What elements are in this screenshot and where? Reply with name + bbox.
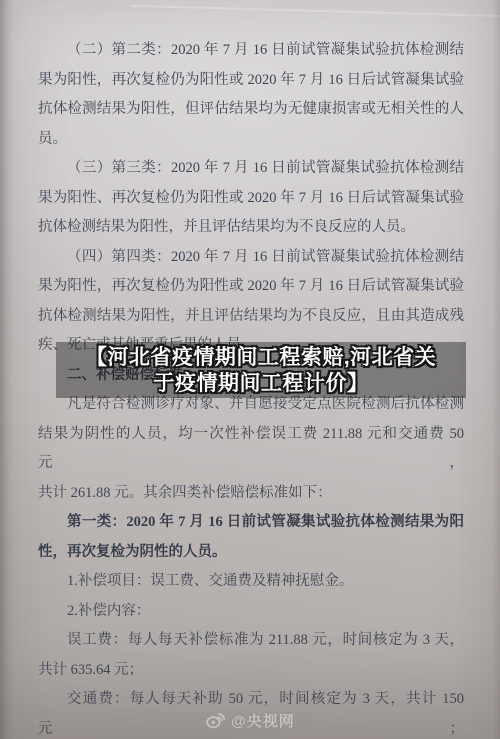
document-line: 2.补偿内容： — [38, 597, 464, 627]
document-line: 共计 261.88 元。其余四类补偿赔偿标准如下： — [38, 479, 464, 509]
document-line: 员。 — [38, 125, 464, 155]
document-line: 性，再次复检为阴性的人员。 — [38, 538, 464, 568]
document-line: （四）第四类：2020 年 7 月 16 日前试管凝集试验抗体检测结 — [38, 243, 464, 273]
document-line: （三）第三类：2020 年 7 月 16 日前试管凝集试验抗体检测结 — [38, 154, 464, 184]
document-line: 1.补偿项目：误工费、交通费及精神抚慰金。 — [38, 567, 464, 597]
document-line: 果为阳性，再次复检仍为阳性或 2020 年 7 月 16 日后试管凝集试验 — [38, 272, 464, 302]
document-line: （二）第二类：2020 年 7 月 16 日前试管凝集试验抗体检测结 — [38, 36, 464, 66]
weibo-icon — [205, 711, 226, 729]
document-line: 抗体检测结果为阳性，并且评估结果均为不良反应的人员。 — [38, 213, 464, 243]
document-line: 抗体检测结果为阳性，并且评估结果均为不良反应，且由其造成残 — [38, 302, 464, 332]
photo-right-edge-shadow — [492, 0, 500, 739]
document-line: 果为阳性，再次复检仍为阳性或 2020 年 7 月 16 日后试管凝集试验 — [38, 66, 464, 96]
caption-line-1: 【河北省疫情期间工程索赔,河北省关 — [86, 345, 436, 371]
document-photo: （二）第二类：2020 年 7 月 16 日前试管凝集试验抗体检测结 果为阳性，… — [0, 0, 500, 739]
caption-line-2: 于疫情期间工程计价】 — [154, 371, 369, 397]
page-fold-line — [130, 5, 500, 17]
document-line: 果为阳性、再次复检仍为阳性或 2020 年 7 月 16 日后试管凝集试验 — [38, 184, 464, 214]
document-line: 共计 635.64 元； — [38, 656, 464, 686]
document-line: 第一类：2020 年 7 月 16 日前试管凝集试验抗体检测结果为阳 — [38, 508, 464, 538]
document-line: 误工费：每人每天补偿标准为 211.88 元，时间核定为 3 天， — [38, 626, 464, 656]
watermark-handle: @央视网 — [231, 710, 295, 731]
document-line: 抗体检测结果为阳性，但评估结果均为无健康损害或无相关性的人 — [38, 95, 464, 125]
caption-overlay: 【河北省疫情期间工程索赔,河北省关 于疫情期间工程计价】 — [56, 342, 466, 398]
watermark: @央视网 — [0, 708, 500, 732]
photo-left-edge-shadow — [0, 0, 14, 739]
document-line: 结果为阴性的人员，均一次性补偿误工费 211.88 元和交通费 50 元， — [38, 420, 464, 479]
